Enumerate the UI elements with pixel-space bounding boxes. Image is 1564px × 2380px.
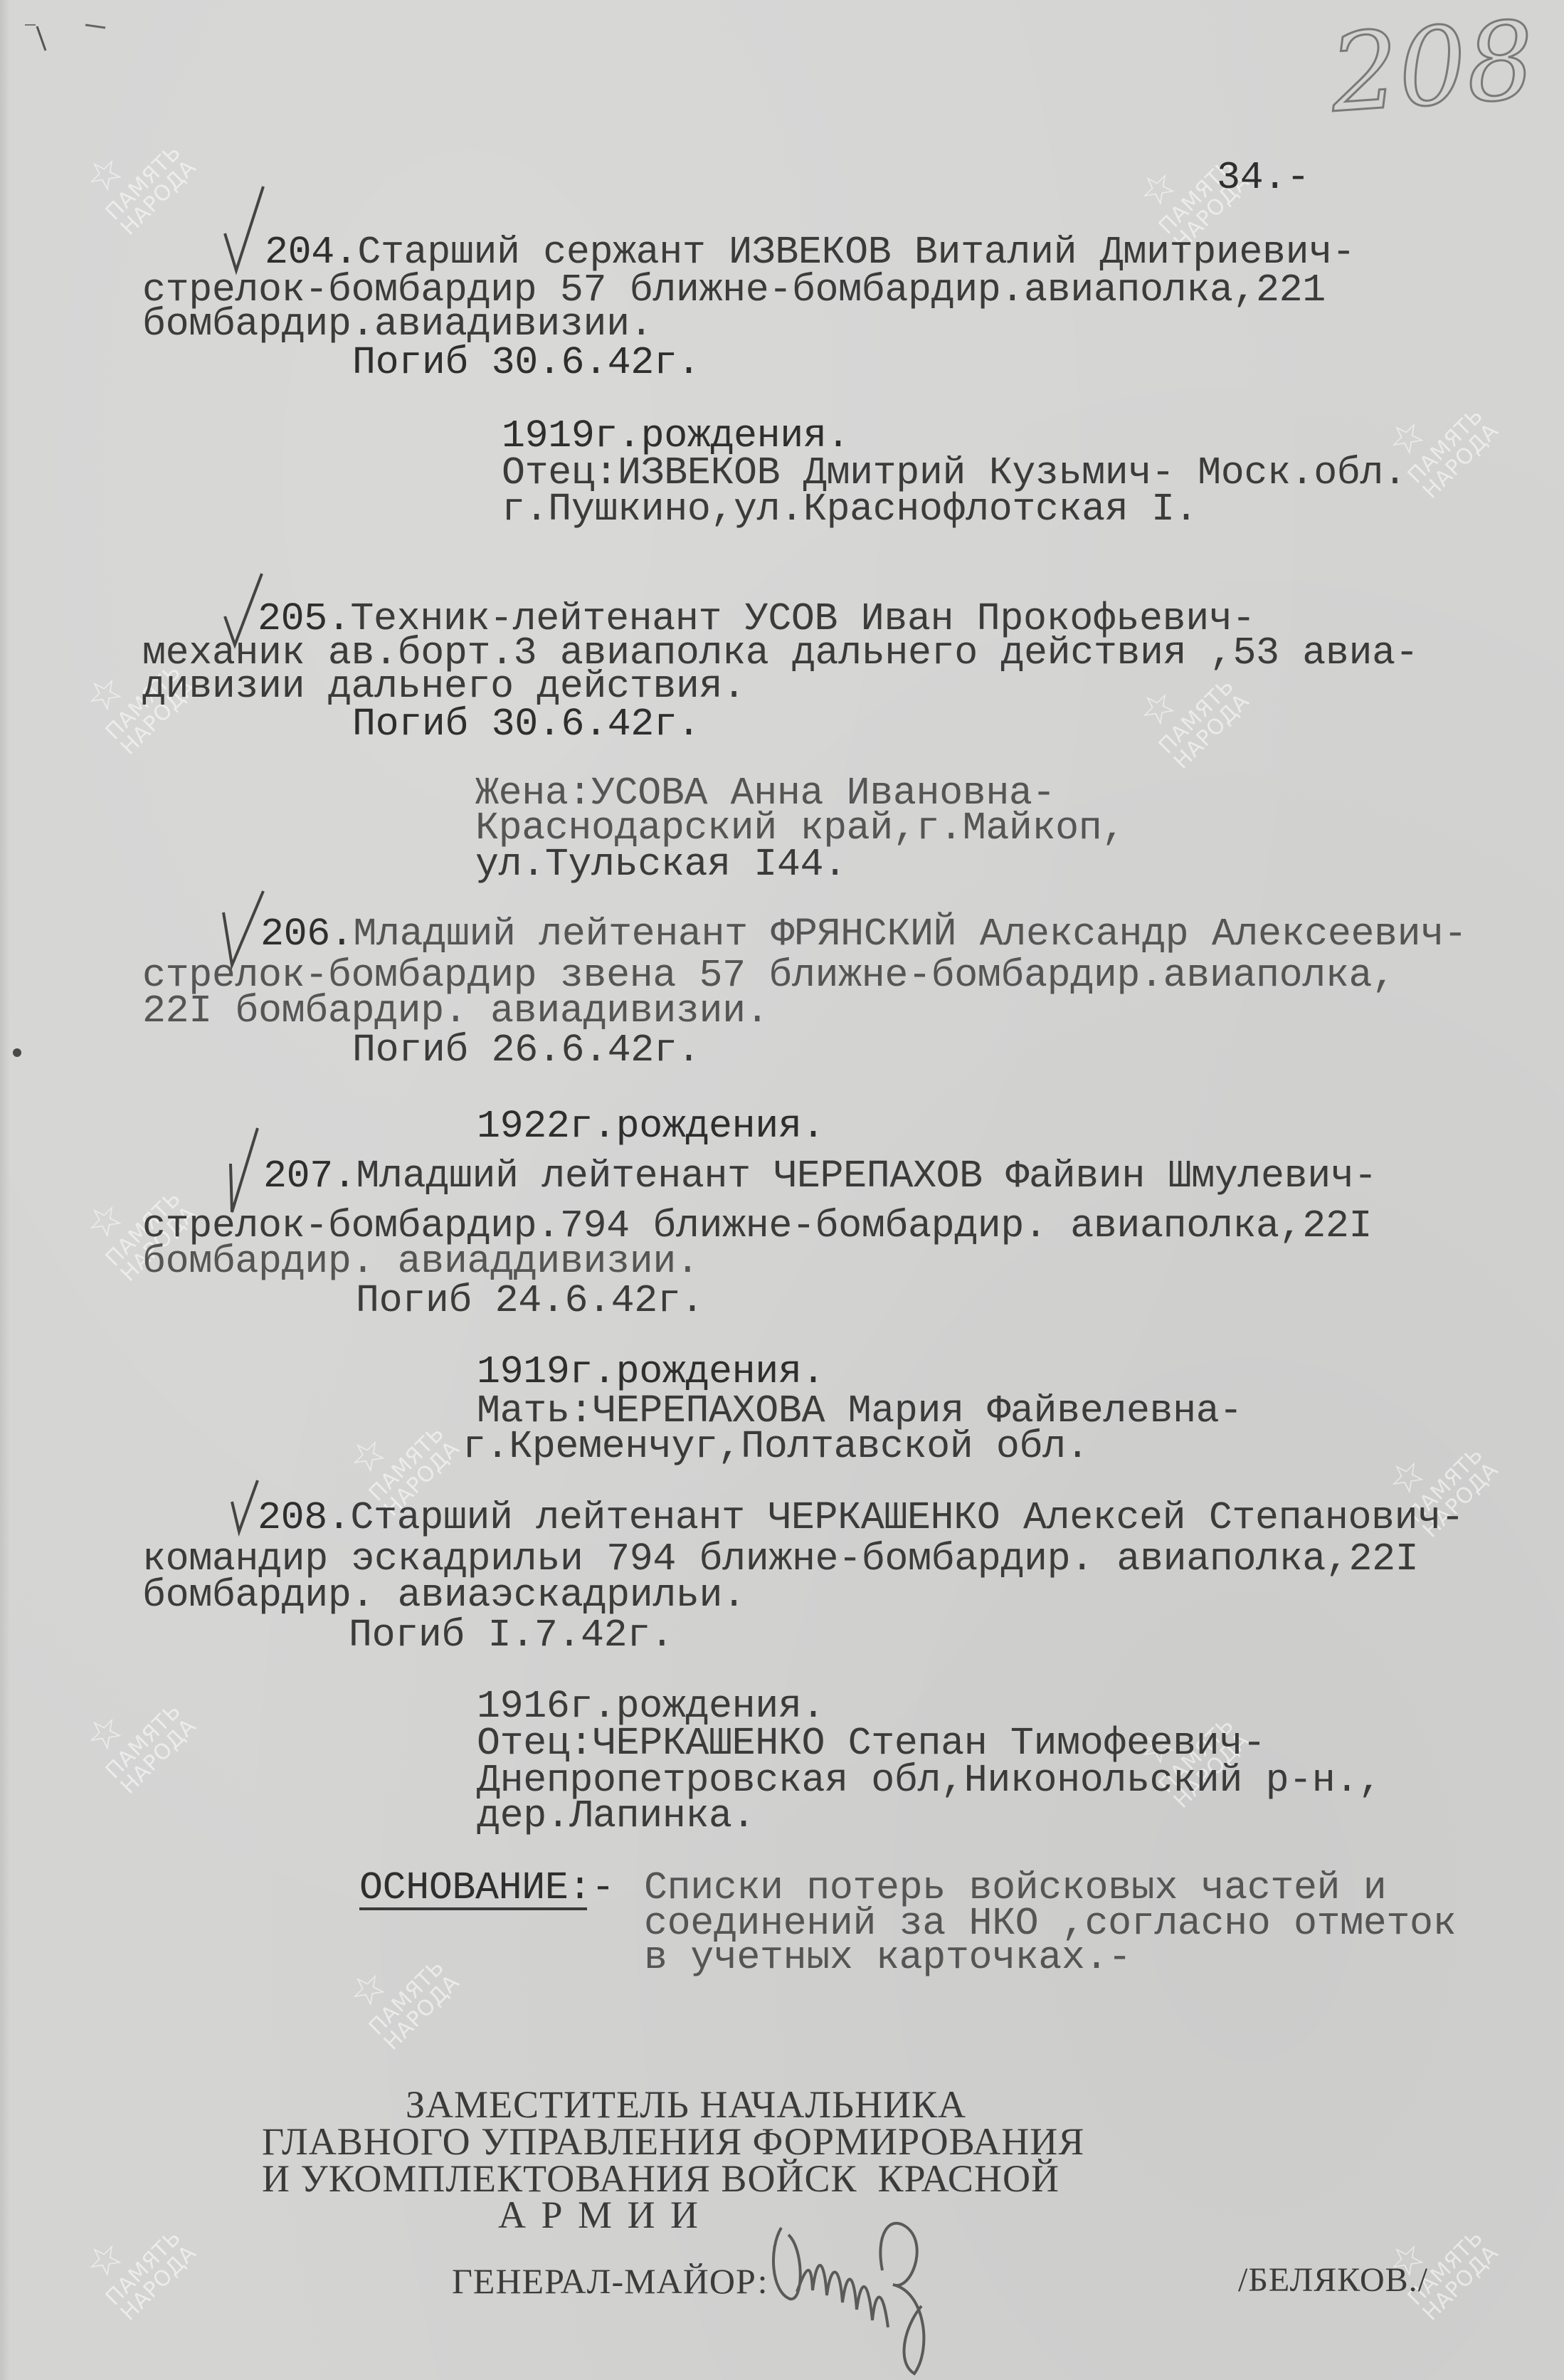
signatory-title: ЗАМЕСТИТЕЛЬ НАЧАЛЬНИКА [406,2085,966,2124]
entry-line: бомбардир. авиаэскадрильи. [142,1576,746,1615]
detail-line: г.Кременчуг,Полтавской обл. [463,1427,1089,1466]
handwritten-sheet-number: 208 [1327,7,1538,128]
detail-line: ул.Тульская I44. [475,845,847,884]
detail-line: Отец:ЧЕРКАШЕНКО Степан Тимофеевич- [477,1724,1266,1763]
ink-spot [13,1048,21,1057]
entry-number: 207.Младший лейтенант ЧЕРЕПАХОВ Файвин Ш… [263,1157,1377,1196]
basis-underline [359,1907,587,1910]
detail-line: дер.Лапинка. [477,1796,755,1836]
handwritten-signature [768,2206,996,2377]
death-date: Погиб 26.6.42г. [352,1031,700,1070]
entry-line: 22I бомбардир. авиадивизии. [142,991,768,1031]
entry-line: Младший лейтенант ФРЯНСКИЙ Александр Але… [353,912,1467,957]
entry-number: 204.Старший сержант ИЗВЕКОВ Виталий Дмит… [265,233,1355,272]
detail-line: 1916г.рождения. [477,1687,825,1726]
checkmark-icon [222,186,265,272]
death-date: Погиб 30.6.42г. [352,705,700,744]
entry-number: 208.Старший лейтенант ЧЕРКАШЕНКО Алексей… [258,1498,1464,1537]
scan-edge-shadow [0,0,10,2380]
signatory-title: ГЛАВНОГО УПРАВЛЕНИЯ ФОРМИРОВАНИЯ [262,2122,1084,2161]
basis-line: в учетных карточках.- [644,1938,1131,1977]
signatory-rank: ГЕНЕРАЛ-МАЙОР: [452,2263,768,2299]
entry-line: Старший лейтенант ЧЕРКАШЕНКО Алексей Сте… [350,1495,1464,1540]
corner-mark [21,18,107,60]
entry-line: Младший лейтенант ЧЕРЕПАХОВ Файвин Шмуле… [356,1154,1377,1199]
entry-line: бомбардир.авиадивизии. [142,305,652,344]
entry-line: бомбардир. авиаддивизии. [142,1242,699,1281]
signatory-name: /БЕЛЯКОВ./ [1238,2263,1428,2297]
basis-label: ОСНОВАНИЕ:- [359,1868,615,1907]
detail-line: 1922г.рождения. [477,1107,825,1146]
signatory-title: А Р М И И [498,2196,701,2234]
death-date: Погиб 30.6.42г. [352,343,700,382]
death-date: Погиб I.7.42г. [349,1616,673,1655]
signatory-title: И УКОМПЛЕКТОВАНИЯ ВОЙСК КРАСНОЙ [262,2159,1060,2198]
entry-number: 206.Младший лейтенант ФРЯНСКИЙ Александр… [260,915,1467,954]
death-date: Погиб 24.6.42г. [356,1281,704,1320]
detail-line: 1919г.рождения. [502,416,850,456]
detail-line: г.Пушкино,ул.Краснофлотская I. [502,490,1198,529]
checkmark-icon [226,1128,269,1213]
detail-line: 1919г.рождения. [477,1352,825,1391]
page-number: 34.- [1217,158,1309,197]
entry-line: дивизии дальнего действия. [142,667,746,706]
